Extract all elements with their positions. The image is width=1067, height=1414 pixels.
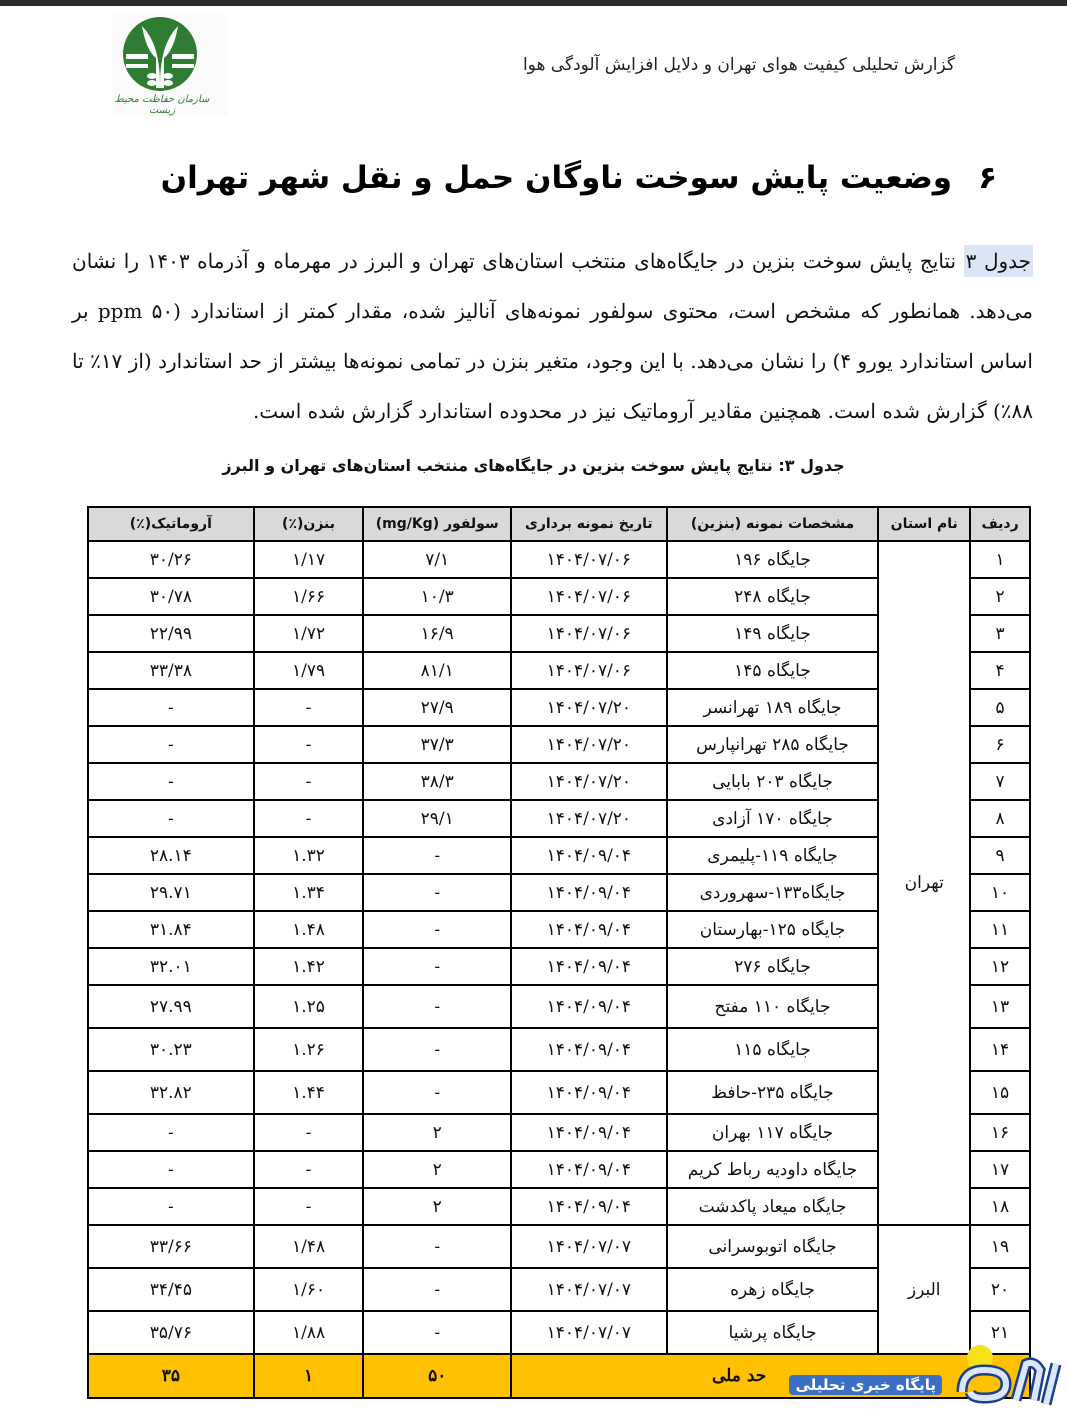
cell-benzene: ۱/۴۸ [254,1225,364,1268]
cell-date: ۱۴۰۴/۰۹/۰۴ [511,874,667,911]
table-reference-link[interactable]: جدول ۳ [964,245,1033,277]
cell-date: ۱۴۰۴/۰۹/۰۴ [511,1188,667,1225]
cell-sample: جایگاه۱۳۳-سهروردی [667,874,879,911]
cell-sulfur: ۲ [363,1151,511,1188]
section-heading: ۶وضعیت پایش سوخت ناوگان حمل و نقل شهر ته… [161,160,997,196]
body-paragraph: جدول ۳ نتایج پایش سوخت بنزین در جایگاه‌ه… [72,236,1033,436]
cell-standard-benzene: ۱ [254,1354,364,1398]
cell-benzene: - [254,763,364,800]
cell-sample: جایگاه ۱۹۶ [667,541,879,578]
cell-aromatic: ۲۹.۷۱ [88,874,254,911]
cell-benzene: - [254,1188,364,1225]
col-header-benzene: بنزن(٪) [254,507,364,541]
cell-sulfur: ۲ [363,1188,511,1225]
cell-benzene: ۱.۴۲ [254,948,364,985]
cell-sulfur: - [363,1268,511,1311]
paragraph-text: نتایج پایش سوخت بنزین در جایگاه‌های منتخ… [72,249,1033,423]
cell-row-number: ۷ [970,763,1030,800]
cell-sulfur: - [363,1071,511,1114]
cell-benzene: ۱.۴۴ [254,1071,364,1114]
cell-date: ۱۴۰۴/۰۹/۰۴ [511,1151,667,1188]
cell-aromatic: - [88,689,254,726]
cell-row-number: ۱۷ [970,1151,1030,1188]
cell-province: البرز [878,1225,970,1354]
cell-sample: جایگاه ۱۱۰ مفتح [667,985,879,1028]
cell-aromatic: ۳۰/۷۸ [88,578,254,615]
environment-org-logo: سازمان حفاظت محیط زیست [112,14,228,116]
cell-sample: جایگاه ۲۰۳ بابایی [667,763,879,800]
cell-row-number: ۱۶ [970,1114,1030,1151]
cell-benzene: ۱.۳۲ [254,837,364,874]
cell-date: ۱۴۰۴/۰۷/۲۰ [511,726,667,763]
cell-sulfur: - [363,985,511,1028]
cell-sample: جایگاه اتوبوسرانی [667,1225,879,1268]
cell-aromatic: - [88,800,254,837]
cell-benzene: ۱/۶۶ [254,578,364,615]
cell-sample: جایگاه ۲۴۸ [667,578,879,615]
cell-date: ۱۴۰۴/۰۷/۲۰ [511,689,667,726]
cell-date: ۱۴۰۴/۰۷/۲۰ [511,800,667,837]
cell-sample: جایگاه ۱۸۹ تهرانسر [667,689,879,726]
cell-sample: جایگاه ۲۳۵-حافظ [667,1071,879,1114]
cell-standard-label: حد ملی [511,1354,1030,1398]
cell-aromatic: ۳۰/۲۶ [88,541,254,578]
cell-sulfur: - [363,1225,511,1268]
cell-sulfur: - [363,1311,511,1354]
cell-date: ۱۴۰۴/۰۹/۰۴ [511,1028,667,1071]
cell-sample: جایگاه ۱۲۵-بهارستان [667,911,879,948]
cell-benzene: ۱/۷۹ [254,652,364,689]
cell-date: ۱۴۰۴/۰۷/۰۶ [511,578,667,615]
col-header-row-number: ردیف [970,507,1030,541]
cell-benzene: - [254,726,364,763]
cell-benzene: - [254,800,364,837]
cell-aromatic: ۳۰.۲۳ [88,1028,254,1071]
cell-date: ۱۴۰۴/۰۹/۰۴ [511,1071,667,1114]
table-row: ۱۹البرزجایگاه اتوبوسرانی۱۴۰۴/۰۷/۰۷-۱/۴۸۳… [88,1225,1030,1268]
col-header-sample: مشخصات نمونه (بنزین) [667,507,879,541]
col-header-date: تاریخ نمونه برداری [511,507,667,541]
top-border [0,0,1067,6]
cell-sample: جایگاه ۲۷۶ [667,948,879,985]
cell-aromatic: ۳۳/۳۸ [88,652,254,689]
cell-benzene: - [254,1151,364,1188]
cell-row-number: ۸ [970,800,1030,837]
cell-sample: جایگاه ۱۴۹ [667,615,879,652]
cell-aromatic: ۲۷.۹۹ [88,985,254,1028]
table-header-row: ردیف نام استان مشخصات نمونه (بنزین) تاری… [88,507,1030,541]
cell-row-number: ۱ [970,541,1030,578]
cell-sulfur: ۳۸/۳ [363,763,511,800]
cell-row-number: ۱۰ [970,874,1030,911]
cell-benzene: - [254,1114,364,1151]
cell-row-number: ۲۱ [970,1311,1030,1354]
cell-sulfur: ۱۰/۳ [363,578,511,615]
cell-row-number: ۱۲ [970,948,1030,985]
cell-benzene: ۱.۲۵ [254,985,364,1028]
cell-row-number: ۱۱ [970,911,1030,948]
cell-sulfur: - [363,837,511,874]
cell-aromatic: - [88,1151,254,1188]
col-header-aromatic: آروماتیک(٪) [88,507,254,541]
cell-row-number: ۱۸ [970,1188,1030,1225]
cell-sample: جایگاه زهره [667,1268,879,1311]
cell-aromatic: ۳۲.۰۱ [88,948,254,985]
cell-row-number: ۲ [970,578,1030,615]
cell-sample: جایگاه ۱۱۷ بهران [667,1114,879,1151]
cell-date: ۱۴۰۴/۰۹/۰۴ [511,985,667,1028]
cell-aromatic: - [88,726,254,763]
report-header-title: گزارش تحلیلی کیفیت هوای تهران و دلایل اف… [523,55,955,75]
cell-standard-aromatic: ۳۵ [88,1354,254,1398]
cell-sulfur: - [363,911,511,948]
cell-row-number: ۳ [970,615,1030,652]
cell-sulfur: ۲ [363,1114,511,1151]
cell-date: ۱۴۰۴/۰۷/۲۰ [511,763,667,800]
cell-row-number: ۶ [970,726,1030,763]
cell-row-number: ۴ [970,652,1030,689]
cell-date: ۱۴۰۴/۰۷/۰۶ [511,615,667,652]
cell-benzene: ۱/۷۲ [254,615,364,652]
cell-sample: جایگاه داودیه رباط کریم [667,1151,879,1188]
cell-benzene: ۱/۸۸ [254,1311,364,1354]
cell-date: ۱۴۰۴/۰۹/۰۴ [511,948,667,985]
cell-aromatic: ۳۲.۸۲ [88,1071,254,1114]
cell-row-number: ۱۴ [970,1028,1030,1071]
cell-row-number: ۱۵ [970,1071,1030,1114]
cell-benzene: ۱.۴۸ [254,911,364,948]
cell-date: ۱۴۰۴/۰۷/۰۷ [511,1311,667,1354]
cell-sulfur: ۲۹/۱ [363,800,511,837]
cell-row-number: ۱۹ [970,1225,1030,1268]
cell-aromatic: ۳۴/۴۵ [88,1268,254,1311]
cell-aromatic: - [88,1188,254,1225]
cell-sulfur: ۲۷/۹ [363,689,511,726]
cell-sample: جایگاه ۱۱۹-پلیمری [667,837,879,874]
cell-date: ۱۴۰۴/۰۷/۰۶ [511,541,667,578]
cell-aromatic: ۳۱.۸۴ [88,911,254,948]
cell-sample: جایگاه ۱۱۵ [667,1028,879,1071]
cell-row-number: ۱۳ [970,985,1030,1028]
cell-date: ۱۴۰۴/۰۷/۰۶ [511,652,667,689]
cell-benzene: ۱.۳۴ [254,874,364,911]
cell-date: ۱۴۰۴/۰۹/۰۴ [511,1114,667,1151]
cell-sulfur: ۷/۱ [363,541,511,578]
cell-sulfur: - [363,874,511,911]
col-header-sulfur: سولفور (mg/Kg) [363,507,511,541]
logo-caption: سازمان حفاظت محیط زیست [112,94,212,116]
table-caption: جدول ۳: نتایج پایش سوخت بنزین در جایگاه‌… [0,456,1067,475]
cell-sulfur: - [363,948,511,985]
cell-sulfur: - [363,1028,511,1071]
cell-date: ۱۴۰۴/۰۹/۰۴ [511,911,667,948]
table-row: ۱تهرانجایگاه ۱۹۶۱۴۰۴/۰۷/۰۶۷/۱۱/۱۷۳۰/۲۶ [88,541,1030,578]
cell-sulfur: ۱۶/۹ [363,615,511,652]
cell-row-number: ۵ [970,689,1030,726]
cell-aromatic: ۳۵/۷۶ [88,1311,254,1354]
cell-sulfur: ۳۷/۳ [363,726,511,763]
section-number: ۶ [978,160,997,196]
cell-sample: جایگاه ۱۷۰ آزادی [667,800,879,837]
cell-date: ۱۴۰۴/۰۹/۰۴ [511,837,667,874]
cell-aromatic: - [88,763,254,800]
cell-benzene: ۱/۱۷ [254,541,364,578]
cell-aromatic: ۳۳/۶۶ [88,1225,254,1268]
cell-row-number: ۹ [970,837,1030,874]
fuel-monitoring-table: ردیف نام استان مشخصات نمونه (بنزین) تاری… [87,506,1031,1399]
cell-sample: جایگاه ۱۴۵ [667,652,879,689]
cell-aromatic: - [88,1114,254,1151]
cell-sample: جایگاه ۲۸۵ تهرانپارس [667,726,879,763]
cell-benzene: ۱.۲۶ [254,1028,364,1071]
cell-standard-sulfur: ۵۰ [363,1354,511,1398]
cell-sample: جایگاه میعاد پاکدشت [667,1188,879,1225]
cell-benzene: - [254,689,364,726]
cell-province: تهران [878,541,970,1225]
cell-sample: جایگاه پرشیا [667,1311,879,1354]
cell-date: ۱۴۰۴/۰۷/۰۷ [511,1268,667,1311]
cell-aromatic: ۲۸.۱۴ [88,837,254,874]
cell-row-number: ۲۰ [970,1268,1030,1311]
watermark-tagline: پایگاه خبری تحلیلی [789,1375,942,1395]
cell-aromatic: ۲۲/۹۹ [88,615,254,652]
cell-date: ۱۴۰۴/۰۷/۰۷ [511,1225,667,1268]
section-title: وضعیت پایش سوخت ناوگان حمل و نقل شهر تهر… [161,160,952,196]
cell-benzene: ۱/۶۰ [254,1268,364,1311]
col-header-province: نام استان [878,507,970,541]
cell-sulfur: ۸۱/۱ [363,652,511,689]
